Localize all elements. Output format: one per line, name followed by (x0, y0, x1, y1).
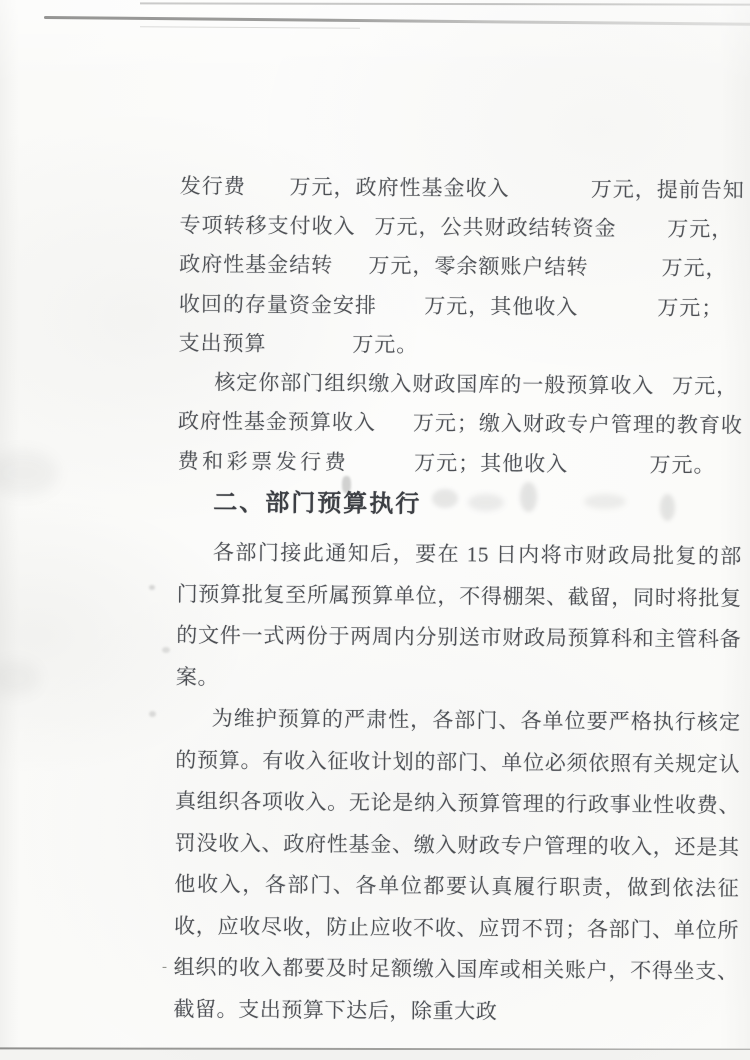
fill-text: 专项转移支付收入 (179, 209, 355, 240)
fill-text: 政府性基金结转 (179, 248, 333, 279)
fill-text: 万元， (667, 213, 733, 244)
fill-line-expenditure-budget: 支出预算 万元。 (178, 322, 743, 366)
paragraph-budget-execution: 为维护预算的严肃性，各部门、各单位要严格执行核定的预算。有收入征收计划的部门、单… (173, 698, 741, 1034)
fill-text: 政府性基金预算收入 (178, 405, 376, 437)
ink-bleed-smudge (149, 711, 156, 717)
blank-amount-space (267, 342, 353, 344)
fill-text: 万元，提前告知 (591, 173, 745, 204)
fill-text: 费和彩票发行费 (178, 445, 350, 476)
blank-amount-space (356, 225, 375, 226)
section-heading: 二、部门预算执行 (213, 491, 742, 521)
blank-amount-space (246, 185, 290, 186)
blank-amount-space (723, 306, 744, 307)
scan-edge-strip (0, 1050, 750, 1060)
fill-text: 万元，政府性基金收入 (290, 171, 510, 203)
fill-line-recovered-funds: 收回的存量资金安排 万元，其他收入 万元； (179, 283, 744, 327)
blank-amount-space (716, 463, 743, 464)
fill-text: 万元；缴入财政专户管理的教育收 (413, 407, 743, 440)
fill-text: 万元。 (649, 448, 715, 479)
scan-artifact-top-line (44, 16, 750, 26)
blank-amount-space (510, 187, 591, 189)
blank-amount-space (733, 228, 744, 229)
fill-text: 支出预算 (178, 327, 266, 358)
fill-text: 发行费 (180, 170, 246, 201)
fill-text: 万元， (672, 370, 738, 401)
blank-amount-space (617, 227, 668, 228)
scan-shadow-smudge (0, 450, 58, 496)
page-number: - 2 - (162, 959, 202, 976)
blank-amount-space (588, 266, 661, 268)
fill-line-gov-fund-budget-revenue: 政府性基金预算收入 万元；缴入财政专户管理的教育收 (178, 401, 743, 445)
blank-amount-space (738, 385, 743, 386)
fill-line-gov-fund-carryover: 政府性基金结转 万元，零余额账户结转 万元， (179, 244, 744, 288)
fill-text: 万元，零余额账户结转 (368, 250, 588, 282)
blank-amount-space (728, 267, 745, 268)
blank-amount-space (578, 305, 657, 307)
fill-text: 万元； (657, 291, 723, 322)
fill-text: 收回的存量资金安排 (179, 288, 377, 320)
fill-text: 万元，公共财政结转资金 (374, 210, 616, 242)
ink-bleed-smudge (162, 647, 170, 653)
blank-amount-space (376, 421, 413, 422)
scanned-document-page: 发行费 万元，政府性基金收入 万元，提前告知 专项转移支付收入 万元，公共财政结… (0, 0, 750, 1060)
fill-line-special-transfer: 专项转移支付收入 万元，公共财政结转资金 万元， (179, 204, 744, 248)
fill-line-issuance-fee: 发行费 万元，政府性基金收入 万元，提前告知 (180, 165, 745, 209)
fill-line-lottery-fee: 费和彩票发行费 万元；其他收入 万元。 (178, 440, 743, 484)
fill-text: 万元， (661, 252, 727, 283)
blank-amount-space (349, 461, 414, 463)
fill-line-treasury-revenue: 核定你部门组织缴入财政国库的一般预算收入 万元， (178, 361, 743, 405)
fill-text: 核定你部门组织缴入财政国库的一般预算收入 (214, 366, 654, 399)
blank-amount-space (377, 304, 424, 305)
fill-text: 万元；其他收入 (414, 447, 568, 478)
blank-amount-space (333, 264, 368, 265)
scan-artifact-top-line (140, 26, 360, 29)
blank-amount-space (418, 343, 743, 347)
ink-bleed-smudge (149, 585, 155, 590)
fill-text: 万元，其他收入 (424, 289, 578, 320)
fill-text: 万元。 (352, 328, 418, 359)
scan-shadow-smudge (0, 660, 40, 696)
paragraph-budget-approval: 各部门接此通知后，要在 15 日内将市财政局批复的部门预算批复至所属预算单位，不… (176, 532, 742, 702)
budget-amount-fill-section: 发行费 万元，政府性基金收入 万元，提前告知 专项转移支付收入 万元，公共财政结… (178, 165, 745, 484)
document-content: 发行费 万元，政府性基金收入 万元，提前告知 专项转移支付收入 万元，公共财政结… (173, 165, 745, 1035)
blank-amount-space (654, 384, 672, 385)
scan-artifact-top-line (140, 2, 750, 5)
blank-amount-space (568, 462, 649, 464)
